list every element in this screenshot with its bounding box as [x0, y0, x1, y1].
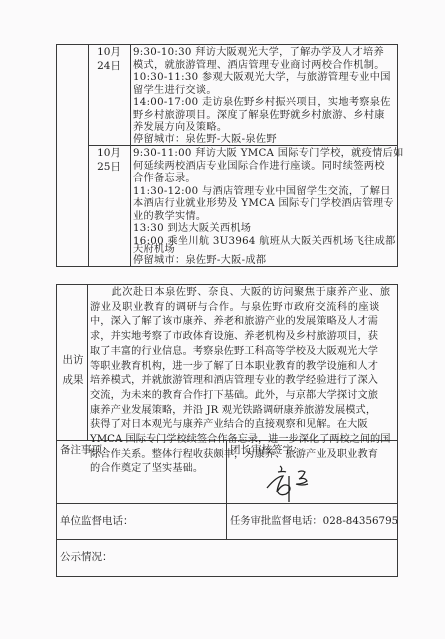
results-line: 此次赴日本泉佐野、奈良、大阪的访问聚焦于康养产业、旅 — [90, 286, 391, 299]
footer-row-divider-1 — [56, 503, 398, 504]
schedule-line: 业的教学实情。 — [133, 210, 206, 223]
schedule-line: 合作备忘录。 — [133, 172, 196, 185]
results-line: 康养产业发展策略，并沿 JR 观光铁路调研康养旅游发展模式， — [90, 404, 376, 417]
schedule-stay-city: 停留城市：泉佐野-大阪-泉佐野 — [133, 133, 277, 146]
schedule-line: 14:00-17:00 走访泉佐野乡村振兴项目，实地考察泉佐 — [133, 96, 391, 109]
results-label-line1: 出访 — [60, 350, 86, 370]
leader-signature-label: 团长审核签字： — [230, 443, 304, 457]
schedule-line: 何延续两校酒店专业国际合作进行座谈。同时续签两校 — [133, 160, 385, 173]
results-line: 求，并实地考察了市政体育设施、养老机构及乡村旅游项目，获 — [90, 330, 378, 343]
schedule-line: 13:30 到达大阪关西机场 — [133, 222, 251, 235]
task-approval-phone: 任务审批监督电话：028-84356795 — [230, 514, 398, 528]
date-day: 24日 — [88, 60, 130, 74]
results-line: 获得了对日本观光与康养产业结合的直接观察和见解。在大阪 — [90, 418, 368, 431]
schedule-line: 9:30-11:00 拜访大阪 YMCA 国际专门学校，就疫情后如 — [133, 147, 404, 160]
schedule-col-divider-2 — [130, 44, 131, 267]
date-month: 10月 — [88, 46, 130, 60]
schedule-line: 11:30-12:00 与酒店管理专业中国留学生交流，了解日 — [133, 185, 391, 198]
results-col-divider — [87, 284, 88, 440]
schedule-line: 9:30-10:30 拜访大阪观光大学，了解办学及人才培养 — [133, 46, 384, 59]
results-label: 出访 成果 — [60, 350, 86, 390]
schedule-date-oct25: 10月 25日 — [88, 147, 130, 174]
date-day: 25日 — [88, 161, 130, 175]
schedule-line: 本酒店行业就业形势及 YMCA 国际专门学校酒店管理专 — [133, 197, 394, 210]
schedule-line: 野乡村旅游项目。深度了解泉佐野就乡村旅游、乡村康 — [133, 109, 385, 122]
results-line: 交流，为未来的教育合作打下基础。此外，与京都大学探讨文旅 — [90, 389, 378, 402]
results-line: 的合作奠定了坚实基础。 — [90, 462, 203, 475]
schedule-date-oct24: 10月 24日 — [88, 46, 130, 73]
leader-signature — [262, 462, 322, 504]
results-label-line2: 成果 — [60, 370, 86, 390]
publicity-label: 公示情况： — [60, 550, 113, 564]
schedule-stay-city: 停留城市：泉佐野-大阪-成都 — [133, 254, 266, 267]
schedule-line: 10:30-11:30 参观大阪观光大学，与旅游管理专业中国 — [133, 71, 391, 84]
schedule-line: 模式，就旅游管理、酒店管理专业商讨两校合作机制。 — [133, 59, 385, 72]
footer-row-divider-2 — [56, 539, 398, 540]
remarks-label: 备注事项： — [60, 443, 113, 457]
results-line: 等职业教育机构，进一步了解了日本职业教育的教学设施和人才 — [90, 360, 378, 373]
results-line: 培养模式，并就旅游管理和酒店管理专业的教学经验进行了深入 — [90, 374, 378, 387]
results-line: 中，深入了解了该市康养、养老和旅游产业的发展策略及人才需 — [90, 315, 378, 328]
date-month: 10月 — [88, 147, 130, 161]
results-line: 游业及职业教育的调研与合作。与泉佐野市政府交流科的座谈 — [90, 301, 380, 314]
unit-supervision-phone-label: 单位监督电话： — [60, 514, 134, 528]
schedule-line: 留学生进行交谈。 — [133, 84, 217, 97]
results-line: 取了丰富的行业信息。考察泉佐野工科高等学校及大阪观光大学 — [90, 345, 378, 358]
